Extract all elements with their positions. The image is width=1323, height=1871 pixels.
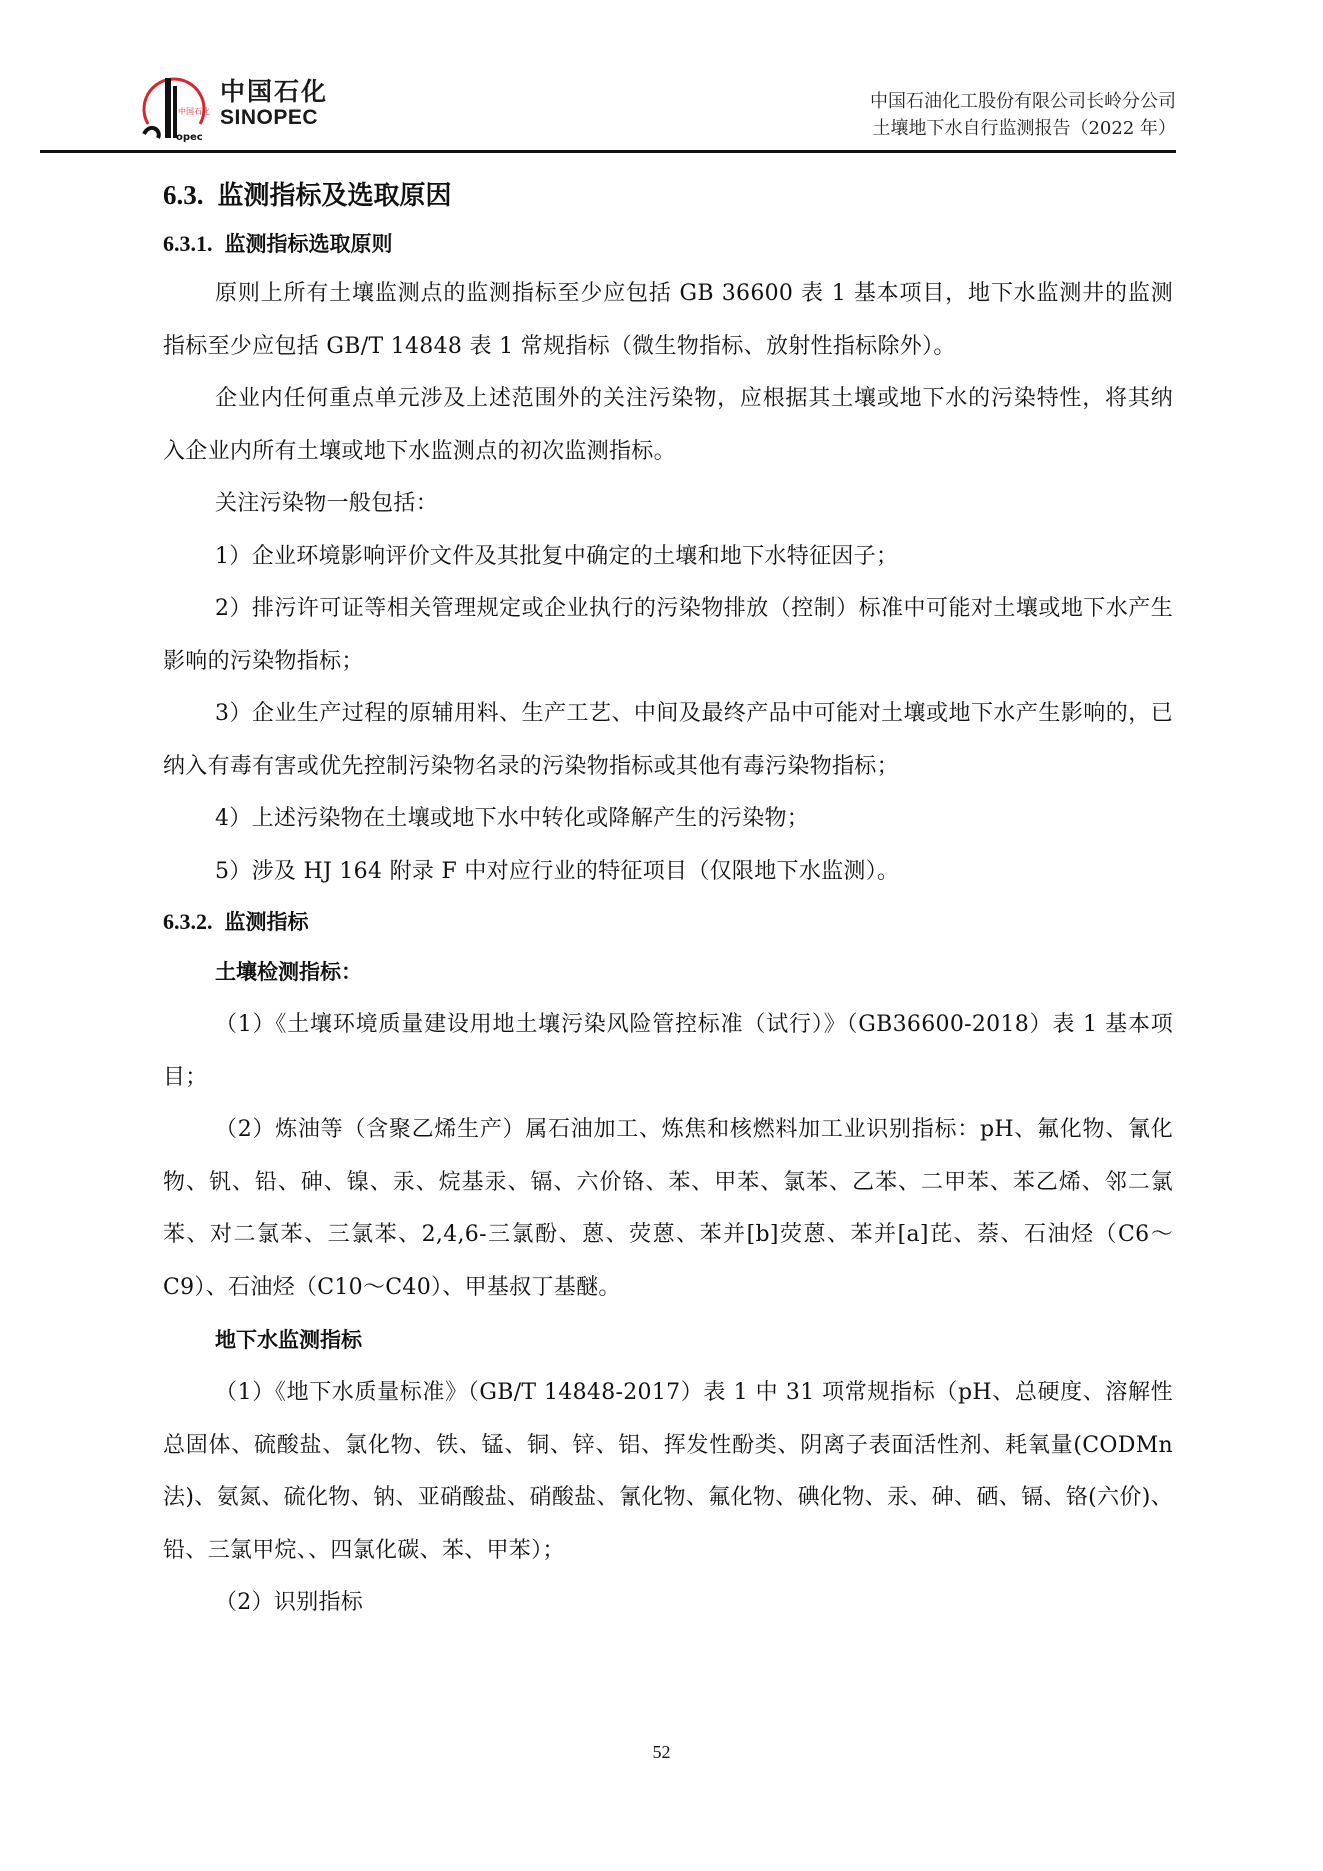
soil-indicators-heading: 土壤检测指标： — [163, 946, 1173, 999]
paragraph: （1）《地下水质量标准》（GB/T 14848-2017）表 1 中 31 项常… — [163, 1367, 1173, 1577]
logo-name-en: SINOPEC — [220, 106, 328, 130]
groundwater-indicators-heading: 地下水监测指标 — [163, 1314, 1173, 1367]
list-item: 2）排污许可证等相关管理规定或企业执行的污染物排放（控制）标准中可能对土壤或地下… — [163, 583, 1173, 688]
page-header: 中国石化 opec 中国石化 SINOPEC 中国石油化工股份有限公司长岭分公司… — [138, 70, 1176, 148]
header-divider — [40, 150, 1176, 153]
section-number: 6.3. — [163, 180, 204, 210]
logo-name-cn: 中国石化 — [220, 78, 328, 106]
sinopec-logo-icon: 中国石化 opec — [138, 72, 210, 144]
header-report-title: 土壤地下水自行监测报告（2022 年） — [870, 115, 1176, 142]
list-item: 4）上述污染物在土壤或地下水中转化或降解产生的污染物； — [163, 793, 1173, 846]
list-item: 1）企业环境影响评价文件及其批复中确定的土壤和地下水特征因子； — [163, 531, 1173, 584]
svg-text:中国石化: 中国石化 — [178, 106, 210, 116]
section-heading: 6.3.监测指标及选取原因 — [163, 170, 1173, 220]
document-page: 中国石化 opec 中国石化 SINOPEC 中国石油化工股份有限公司长岭分公司… — [0, 0, 1323, 1871]
page-body: 6.3.监测指标及选取原因 6.3.1.监测指标选取原则 原则上所有土壤监测点的… — [163, 170, 1173, 1630]
subsection-title: 监测指标 — [225, 910, 309, 934]
paragraph: （1）《土壤环境质量建设用地土壤污染风险管控标准（试行）》（GB36600-20… — [163, 999, 1173, 1104]
subsection-number: 6.3.1. — [163, 231, 213, 256]
subsection-number: 6.3.2. — [163, 909, 213, 934]
paragraph: （2）识别指标 — [163, 1577, 1173, 1630]
paragraph: （2）炼油等（含聚乙烯生产）属石油加工、炼焦和核燃料加工业识别指标：pH、氟化物… — [163, 1104, 1173, 1314]
header-company: 中国石油化工股份有限公司长岭分公司 — [870, 88, 1176, 115]
logo-wordmark: 中国石化 SINOPEC — [220, 78, 328, 130]
section-title: 监测指标及选取原因 — [218, 181, 452, 211]
paragraph: 企业内任何重点单元涉及上述范围外的关注污染物，应根据其土壤或地下水的污染特性，将… — [163, 373, 1173, 478]
list-item: 5）涉及 HJ 164 附录 F 中对应行业的特征项目（仅限地下水监测）。 — [163, 846, 1173, 899]
svg-text:opec: opec — [176, 132, 203, 143]
subsection-title: 监测指标选取原则 — [225, 232, 393, 256]
paragraph: 关注污染物一般包括： — [163, 478, 1173, 531]
list-item: 3）企业生产过程的原辅用料、生产工艺、中间及最终产品中可能对土壤或地下水产生影响… — [163, 688, 1173, 793]
subsection-heading-selection-principles: 6.3.1.监测指标选取原则 — [163, 220, 1173, 268]
subsection-heading-indicators: 6.3.2.监测指标 — [163, 898, 1173, 946]
header-report-info: 中国石油化工股份有限公司长岭分公司 土壤地下水自行监测报告（2022 年） — [870, 88, 1176, 142]
paragraph: 原则上所有土壤监测点的监测指标至少应包括 GB 36600 表 1 基本项目，地… — [163, 268, 1173, 373]
page-number: 52 — [0, 1742, 1323, 1763]
